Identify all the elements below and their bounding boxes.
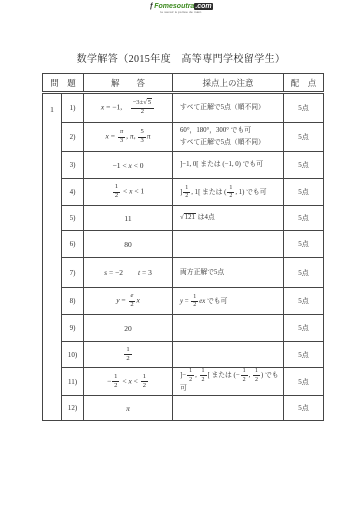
note-cell: ]12, 1[ または (12, 1) でも可 xyxy=(173,179,284,206)
logo-brand: Fomesoutra xyxy=(154,3,194,10)
points-cell: 5点 xyxy=(284,288,324,315)
note-cell: 両方正解で5点 xyxy=(173,258,284,288)
logo-mark-icon: ƒ xyxy=(149,3,153,10)
note-cell: y = 12ex でも可 xyxy=(173,288,284,315)
document-page: { "logo": { "brand": "Fomesoutra", "tld"… xyxy=(0,0,362,512)
answer-cell: 20 xyxy=(84,315,173,342)
note-cell: すべて正解で5点（順不同） xyxy=(173,93,284,123)
table-row: 10) 12 5点 xyxy=(43,342,324,368)
header-row: 問 題 解 答 採点上の注意 配 点 xyxy=(43,74,324,93)
answer-cell: 12 < x < 1 xyxy=(84,179,173,206)
table-row: 6) 80 5点 xyxy=(43,231,324,258)
note-cell: ]−1, 0[ または (−1, 0) でも可 xyxy=(173,152,284,179)
answer-cell: 12 xyxy=(84,342,173,368)
logo-wordmark: ƒFomesoutra.com xyxy=(0,3,362,11)
col-header-note: 採点上の注意 xyxy=(173,74,284,93)
col-header-points: 配 点 xyxy=(284,74,324,93)
points-cell: 5点 xyxy=(284,152,324,179)
answer-cell: −1 < x < 0 xyxy=(84,152,173,179)
table-row: 12) π 5点 xyxy=(43,396,324,421)
answer-cell: π xyxy=(84,396,173,421)
table-row: 3) −1 < x < 0 ]−1, 0[ または (−1, 0) でも可 5点 xyxy=(43,152,324,179)
points-cell: 5点 xyxy=(284,123,324,152)
points-cell: 5点 xyxy=(284,93,324,123)
logo-tagline: le savoir à portée de main xyxy=(91,11,272,14)
answer-cell: x = π3, π, 53π xyxy=(84,123,173,152)
points-cell: 5点 xyxy=(284,368,324,396)
table-row: 11) −12 < x < 12 ]−12, 12[ または (−12, 12)… xyxy=(43,368,324,396)
site-logo: ƒFomesoutra.com le savoir à portée de ma… xyxy=(0,3,362,17)
note-cell xyxy=(173,315,284,342)
table-row: 1 1) x = −1, −3±52 すべて正解で5点（順不同） 5点 xyxy=(43,93,324,123)
item-number-cell: 9) xyxy=(62,315,84,342)
table-row: 8) y = e2x y = 12ex でも可 5点 xyxy=(43,288,324,315)
logo-tld: .com xyxy=(194,3,212,10)
note-cell: 121 は4点 xyxy=(173,206,284,231)
points-cell: 5点 xyxy=(284,258,324,288)
note-cell: ]−12, 12[ または (−12, 12) でも可 xyxy=(173,368,284,396)
item-number-cell: 2) xyxy=(62,123,84,152)
note-cell xyxy=(173,342,284,368)
item-number-cell: 11) xyxy=(62,368,84,396)
note-cell xyxy=(173,231,284,258)
problem-number-cell: 1 xyxy=(43,93,62,421)
points-cell: 5点 xyxy=(284,179,324,206)
item-number-cell: 8) xyxy=(62,288,84,315)
col-header-problem: 問 題 xyxy=(43,74,84,93)
note-cell xyxy=(173,396,284,421)
table-row: 4) 12 < x < 1 ]12, 1[ または (12, 1) でも可 5点 xyxy=(43,179,324,206)
points-cell: 5点 xyxy=(284,206,324,231)
points-cell: 5点 xyxy=(284,396,324,421)
answers-table: 問 題 解 答 採点上の注意 配 点 1 1) x = −1, −3±52 すべ… xyxy=(42,73,324,421)
points-cell: 5点 xyxy=(284,342,324,368)
answer-cell: 80 xyxy=(84,231,173,258)
item-number-cell: 7) xyxy=(62,258,84,288)
page-title: 数学解答（2015年度 高等専門学校留学生） xyxy=(0,50,362,65)
item-number-cell: 4) xyxy=(62,179,84,206)
note-cell: 60°，180°，300° でも可すべて正解で5点（順不同） xyxy=(173,123,284,152)
answer-cell: −12 < x < 12 xyxy=(84,368,173,396)
points-cell: 5点 xyxy=(284,231,324,258)
col-header-answer: 解 答 xyxy=(84,74,173,93)
item-number-cell: 3) xyxy=(62,152,84,179)
table-row: 9) 20 5点 xyxy=(43,315,324,342)
item-number-cell: 1) xyxy=(62,93,84,123)
item-number-cell: 6) xyxy=(62,231,84,258)
answer-cell: y = e2x xyxy=(84,288,173,315)
table-row: 5) 11 121 は4点 5点 xyxy=(43,206,324,231)
item-number-cell: 12) xyxy=(62,396,84,421)
table-row: 7) s = −2 t = 3 両方正解で5点 5点 xyxy=(43,258,324,288)
item-number-cell: 5) xyxy=(62,206,84,231)
answer-cell: 11 xyxy=(84,206,173,231)
points-cell: 5点 xyxy=(284,315,324,342)
item-number-cell: 10) xyxy=(62,342,84,368)
table-row: 2) x = π3, π, 53π 60°，180°，300° でも可すべて正解… xyxy=(43,123,324,152)
answer-cell: s = −2 t = 3 xyxy=(84,258,173,288)
answer-cell: x = −1, −3±52 xyxy=(84,93,173,123)
